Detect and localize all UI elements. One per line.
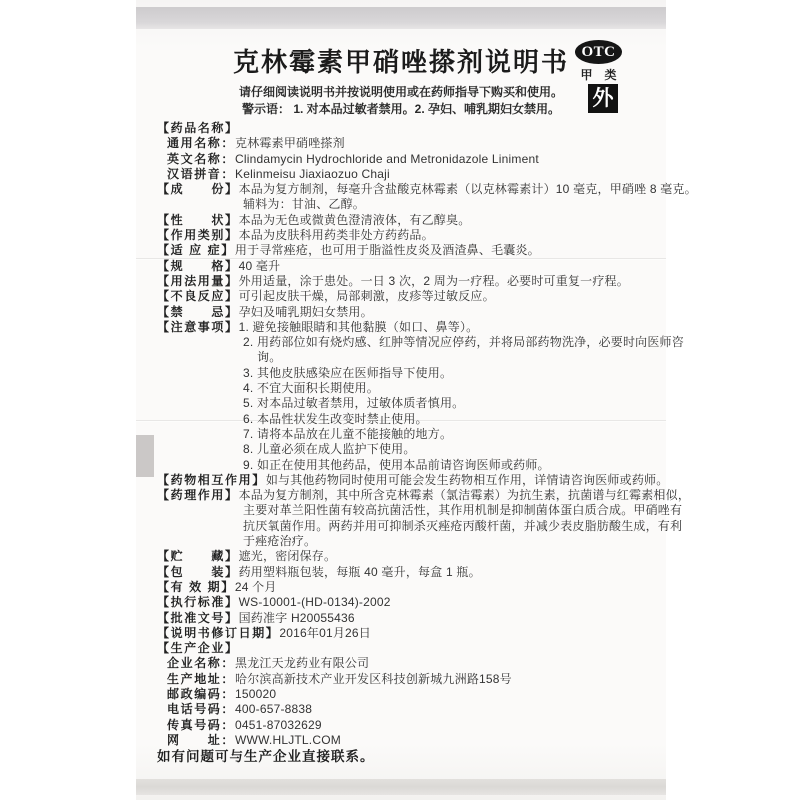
- line-text: 国药准字 H20055436: [239, 611, 355, 625]
- line-label: 通用名称：: [167, 136, 235, 150]
- doc-line: 【贮 藏】遮光，密闭保存。: [157, 549, 663, 564]
- line-label: 【作用类别】: [157, 228, 239, 242]
- doc-line: 【说明书修订日期】2016年01月26日: [157, 626, 663, 641]
- line-text: 4. 不宜大面积长期使用。: [243, 381, 379, 395]
- line-text: 本品为复方制剂，其中所含克林霉素（氯洁霉素）为抗生素，抗菌谱与红霉素相似，: [239, 488, 690, 502]
- line-text: 6. 本品性状发生改变时禁止使用。: [243, 412, 428, 426]
- line-label: 【批准文号】: [157, 611, 239, 625]
- line-text: 于痤疮治疗。: [243, 534, 316, 548]
- doc-line: 【用法用量】外用适量，涂于患处。一日 3 次，2 周为一疗程。必要时可重复一疗程…: [157, 274, 663, 289]
- line-label: 【药物相互作用】: [157, 473, 266, 487]
- line-text: 药用塑料瓶包装，每瓶 40 毫升，每盒 1 瓶。: [239, 565, 481, 579]
- read-instruction-note: 请仔细阅读说明书并按说明使用或在药师指导下购买和使用。: [136, 83, 666, 100]
- otc-category-label: 甲 类: [574, 66, 623, 83]
- doc-line: 【药理作用】本品为复方制剂，其中所含克林霉素（氯洁霉素）为抗生素，抗菌谱与红霉素…: [157, 488, 663, 503]
- doc-line: 于痤疮治疗。: [157, 534, 663, 549]
- doc-line: 5. 对本品过敏者禁用，过敏体质者慎用。: [157, 396, 663, 411]
- line-label: 【药品名称】: [157, 121, 239, 135]
- line-text: 用于寻常痤疮，也可用于脂溢性皮炎及酒渣鼻、毛囊炎。: [235, 243, 540, 257]
- line-text: 哈尔滨高新技术产业开发区科技创新城九洲路158号: [235, 672, 512, 686]
- doc-line: 传真号码：0451-87032629: [157, 718, 663, 733]
- line-label: 【适 应 症】: [157, 243, 235, 257]
- doc-line: 【适 应 症】用于寻常痤疮，也可用于脂溢性皮炎及酒渣鼻、毛囊炎。: [157, 243, 663, 258]
- line-label: 【不良反应】: [157, 289, 239, 303]
- line-text: 如有问题可与生产企业直接联系。: [157, 749, 375, 764]
- doc-line: 【规 格】40 毫升: [157, 259, 663, 274]
- line-text: 孕妇及哺乳期妇女禁用。: [239, 305, 373, 319]
- doc-line: 汉语拼音：Kelinmeisu Jiaxiaozuo Chaji: [157, 167, 663, 182]
- line-text: 询。: [257, 350, 281, 364]
- line-label: 邮政编码：: [167, 687, 235, 701]
- line-text: 本品为无色或微黄色澄清液体，有乙醇臭。: [239, 213, 471, 227]
- line-label: 【生产企业】: [157, 641, 239, 655]
- doc-line: 电话号码：400-657-8838: [157, 702, 663, 717]
- line-text: Kelinmeisu Jiaxiaozuo Chaji: [235, 167, 390, 181]
- doc-line: 通用名称：克林霉素甲硝唑搽剂: [157, 136, 663, 151]
- line-text: 400-657-8838: [235, 702, 312, 716]
- line-label: 【规 格】: [157, 259, 239, 273]
- line-label: 传真号码：: [167, 718, 235, 732]
- line-label: 【说明书修订日期】: [157, 626, 279, 640]
- line-label: 企业名称：: [167, 656, 235, 670]
- line-text: 150020: [235, 687, 276, 701]
- doc-line: 【注意事项】1. 避免接触眼睛和其他黏膜（如口、鼻等）。: [157, 320, 663, 335]
- line-label: 【禁 忌】: [157, 305, 239, 319]
- doc-line: 询。: [157, 350, 663, 365]
- doc-line: 【性 状】本品为无色或微黄色澄清液体，有乙醇臭。: [157, 213, 663, 228]
- line-label: 【性 状】: [157, 213, 239, 227]
- line-text: 1. 避免接触眼睛和其他黏膜（如口、鼻等）。: [239, 320, 479, 334]
- doc-line: 抗厌氧菌作用。两药并用可抑制杀灭痤疮丙酸杆菌，并减少表皮脂肪酸生成，有利: [157, 519, 663, 534]
- line-label: 【包 装】: [157, 565, 239, 579]
- doc-line: 7. 请将本品放在儿童不能接触的地方。: [157, 427, 663, 442]
- line-text: 5. 对本品过敏者禁用，过敏体质者慎用。: [243, 396, 464, 410]
- doc-line: 【药品名称】: [157, 121, 663, 136]
- line-text: 0451-87032629: [235, 718, 322, 732]
- doc-line: 主要对革兰阳性菌有较高抗菌活性，其作用机制是抑制菌体蛋白质合成。甲硝唑有: [157, 503, 663, 518]
- line-label: 电话号码：: [167, 702, 235, 716]
- line-text: 2016年01月26日: [279, 626, 371, 640]
- line-label: 【用法用量】: [157, 274, 239, 288]
- line-text: WWW.HLJTL.COM: [235, 733, 341, 747]
- doc-line: 【药物相互作用】如与其他药物同时使用可能会发生药物相互作用，详情请咨询医师或药师…: [157, 473, 663, 488]
- line-text: 抗厌氧菌作用。两药并用可抑制杀灭痤疮丙酸杆菌，并减少表皮脂肪酸生成，有利: [243, 519, 682, 533]
- line-text: 24 个月: [235, 580, 277, 594]
- doc-line: 辅料为：甘油、乙醇。: [157, 197, 663, 212]
- line-text: 2. 用药部位如有烧灼感、红肿等情况应停药，并将局部药物洗净，必要时向医师咨: [243, 335, 684, 349]
- line-label: 【贮 藏】: [157, 549, 239, 563]
- line-text: 7. 请将本品放在儿童不能接触的地方。: [243, 427, 452, 441]
- doc-line: 3. 其他皮肤感染应在医师指导下使用。: [157, 366, 663, 381]
- doc-line: 如有问题可与生产企业直接联系。: [157, 748, 663, 765]
- line-text: 主要对革兰阳性菌有较高抗菌活性，其作用机制是抑制菌体蛋白质合成。甲硝唑有: [243, 503, 682, 517]
- line-text: 可引起皮肤干燥，局部刺激，皮疹等过敏反应。: [239, 289, 495, 303]
- doc-line: 【生产企业】: [157, 641, 663, 656]
- external-use-mark: 外: [588, 84, 618, 113]
- doc-line: 邮政编码：150020: [157, 687, 663, 702]
- doc-lines: 【药品名称】通用名称：克林霉素甲硝唑搽剂英文名称：Clindamycin Hyd…: [157, 121, 663, 765]
- scan-edge-bottom: [136, 779, 666, 795]
- doc-line: 【执行标准】WS-10001-(HD-0134)-2002: [157, 595, 663, 610]
- doc-line: 4. 不宜大面积长期使用。: [157, 381, 663, 396]
- line-text: 8. 儿童必须在成人监护下使用。: [243, 442, 416, 456]
- otc-badge: OTC: [575, 40, 622, 64]
- doc-line: 企业名称：黑龙江天龙药业有限公司: [157, 656, 663, 671]
- doc-line: 8. 儿童必须在成人监护下使用。: [157, 442, 663, 457]
- line-text: WS-10001-(HD-0134)-2002: [239, 595, 391, 609]
- line-label: 汉语拼音：: [167, 167, 235, 181]
- line-text: 外用适量，涂于患处。一日 3 次，2 周为一疗程。必要时可重复一疗程。: [239, 274, 629, 288]
- line-label: 英文名称：: [167, 152, 235, 166]
- line-label: 【有 效 期】: [157, 580, 235, 594]
- line-text: Clindamycin Hydrochloride and Metronidaz…: [235, 152, 539, 166]
- doc-line: 网 址：WWW.HLJTL.COM: [157, 733, 663, 748]
- line-text: 如与其他药物同时使用可能会发生药物相互作用，详情请咨询医师或药师。: [266, 473, 669, 487]
- doc-line: 【不良反应】可引起皮肤干燥，局部刺激，皮疹等过敏反应。: [157, 289, 663, 304]
- line-label: 【药理作用】: [157, 488, 239, 502]
- scan-artifact: [136, 435, 154, 477]
- doc-line: 9. 如正在使用其他药品，使用本品前请咨询医师或药师。: [157, 458, 663, 473]
- line-label: 【成 份】: [157, 182, 239, 196]
- line-text: 本品为皮肤科用药类非处方药药品。: [239, 228, 434, 242]
- line-text: 40 毫升: [239, 259, 281, 273]
- line-text: 克林霉素甲硝唑搽剂: [235, 136, 345, 150]
- line-text: 9. 如正在使用其他药品，使用本品前请咨询医师或药师。: [243, 458, 550, 472]
- line-label: 生产地址：: [167, 672, 235, 686]
- line-label: 【注意事项】: [157, 320, 239, 334]
- doc-line: 英文名称：Clindamycin Hydrochloride and Metro…: [157, 152, 663, 167]
- doc-line: 【包 装】药用塑料瓶包装，每瓶 40 毫升，每盒 1 瓶。: [157, 565, 663, 580]
- line-text: 黑龙江天龙药业有限公司: [235, 656, 369, 670]
- line-text: 本品为复方制剂，每毫升含盐酸克林霉素（以克林霉素计）10 毫克，甲硝唑 8 毫克…: [239, 182, 697, 196]
- line-text: 遮光，密闭保存。: [239, 549, 337, 563]
- doc-line: 生产地址：哈尔滨高新技术产业开发区科技创新城九洲路158号: [157, 672, 663, 687]
- doc-line: 【作用类别】本品为皮肤科用药类非处方药药品。: [157, 228, 663, 243]
- line-text: 3. 其他皮肤感染应在医师指导下使用。: [243, 366, 452, 380]
- doc-line: 2. 用药部位如有烧灼感、红肿等情况应停药，并将局部药物洗净，必要时向医师咨: [157, 335, 663, 350]
- leaflet-page: 克林霉素甲硝唑搽剂说明书 请仔细阅读说明书并按说明使用或在药师指导下购买和使用。…: [136, 0, 666, 800]
- warning-statement: 警示语： 1. 对本品过敏者禁用。2. 孕妇、哺乳期妇女禁用。: [136, 100, 666, 117]
- doc-line: 【批准文号】国药准字 H20055436: [157, 611, 663, 626]
- doc-line: 【成 份】本品为复方制剂，每毫升含盐酸克林霉素（以克林霉素计）10 毫克，甲硝唑…: [157, 182, 663, 197]
- line-label: 【执行标准】: [157, 595, 239, 609]
- doc-line: 【有 效 期】24 个月: [157, 580, 663, 595]
- line-label: 网 址：: [167, 733, 235, 747]
- scan-edge-top: [136, 7, 666, 29]
- line-text: 辅料为：甘油、乙醇。: [243, 197, 365, 211]
- doc-line: 【禁 忌】孕妇及哺乳期妇女禁用。: [157, 305, 663, 320]
- doc-line: 6. 本品性状发生改变时禁止使用。: [157, 412, 663, 427]
